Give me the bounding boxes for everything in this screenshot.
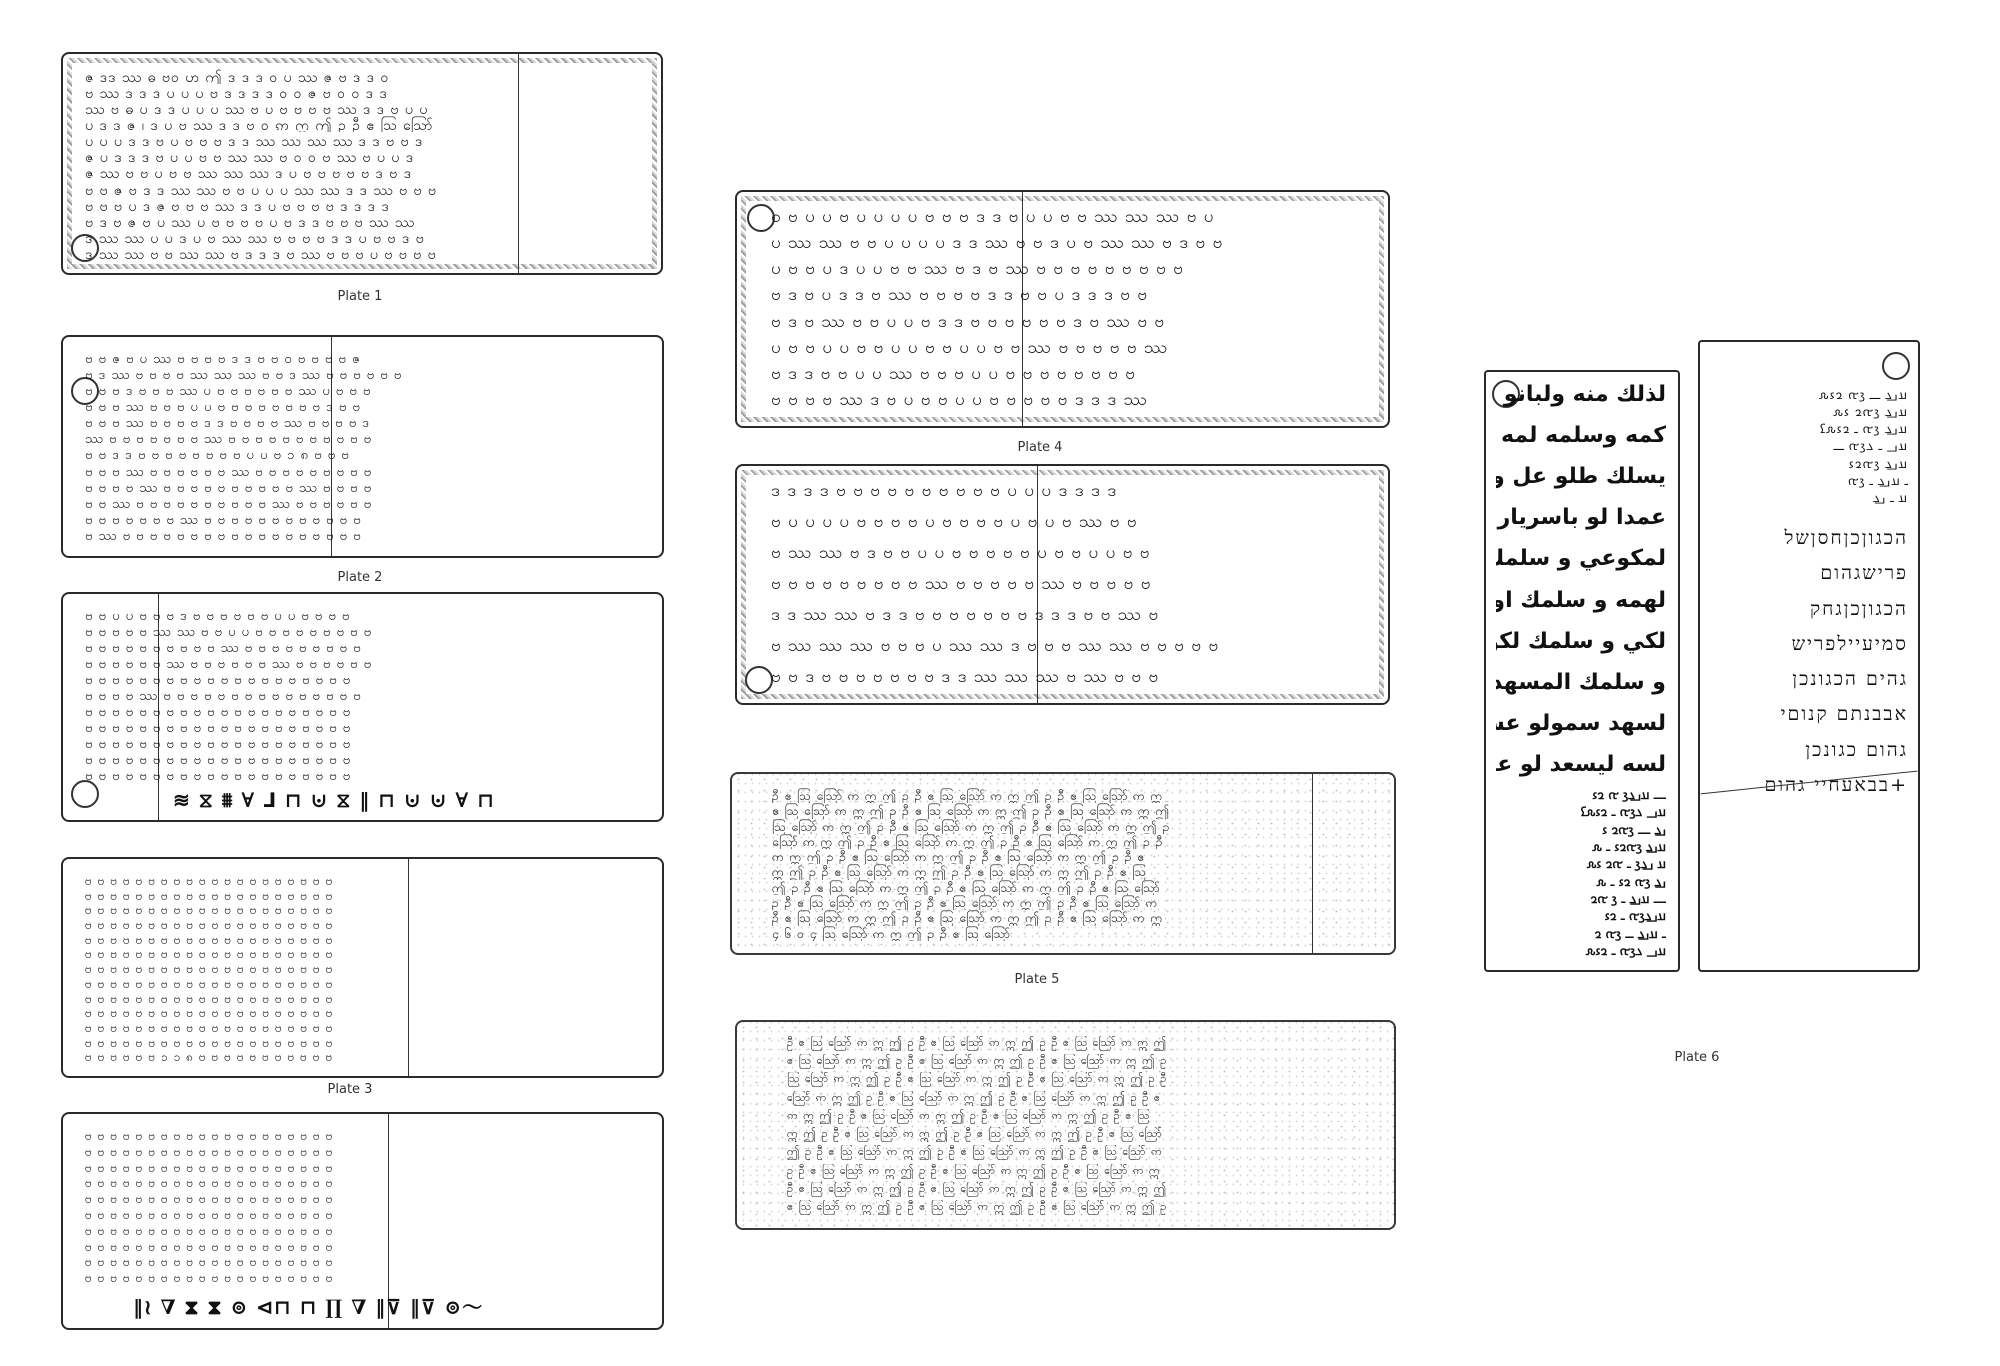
pahlavi-line: 𐭠𐭡 ـ 𐭢𐭣𐭤 ـــ <box>1708 438 1908 455</box>
inscription-line: ဣ ဤ ဥ ဦ ဧ ဩ ဪ ဢ ဣ ဤ ဥ ဦ ဧ ဩ ဪ ဢ ဣ ဤ ဥ ဦ … <box>772 864 1376 879</box>
plate-6-kufic-inscription: لذلك منه ولبانو كمه وسلمه لمه لو مينا يس… <box>1496 382 1666 777</box>
hebrew-line: אבבנתם קנוםי <box>1706 703 1908 726</box>
plate-4: ဝ ဗ ပ ပ ဗ ပ ပ ပ ပ ဗ ဗ ဗ ဒ ဒ ဗ ပ ပ ဗ ဗ ဿ … <box>735 190 1390 428</box>
inscription-line: ဗ ဿ ဒ ဒ ဒ ပ ပ ပ ဗ ဒ ဒ ဒ ဒ ဝ ဝ ဇ ဗ ဝ ဝ ဒ … <box>85 84 643 100</box>
plate-3-reverse-seal-symbols: ‖≀ ∇ ⧗ ⧗ ⊚ ⊲⊓ ⊓ ∏ ∇ ‖⊽ ‖⊽ ⊚～ <box>133 1291 483 1320</box>
kufic-line: عمدا لو باسريار وسلمه <box>1496 505 1666 530</box>
inscription-line: ဗ ဗ ဗ ဗ ဗ ဗ ဗ ဗ ဗ ဗ ဗ ဗ ဗ ဗ ဗ ဗ ဗ ဗ ဗ ဗ <box>85 768 644 784</box>
inscription-line: ဿ ဗ ဓ ပ ဒ ဒ ပ ပ ပ ဿ ဗ ပ ဗ ဗ ဗ ဗ ဿ ဒ ဒ ဗ … <box>85 100 643 116</box>
inscription-line: ဒ ဒ ဒ ဒ ဗ ဗ ဗ ဗ ဗ ဗ ဗ ဗ ဗ ဗ ပ ပ ပ ဒ ဒ ဒ … <box>771 480 1370 505</box>
plate-2-inscription: ဗ ဗ ဇ ဗ ပ ဿ ဗ ဗ ဗ ဗ ဒ ဒ ဗ ဗ ဝ ဗ ဗ ဗ ဗ ဇ … <box>85 351 644 544</box>
inscription-line: ဗ ဗ ဇ ဗ ဒ ဒ ဿ ဿ ဗ ဗ ပ ပ ပ ဿ ဿ ဒ ဒ ဿ ဗ ဗ … <box>85 181 643 197</box>
inscription-line: ဗ ဗ ဒ ဗ ဗ ဗ ဗ ဗ ဗ ဗ ဒ ဒ ဿ ဿ ဿ ဗ ဿ ဗ ဗ ဗ <box>771 666 1370 691</box>
inscription-line: ဥ ဦ ဧ ဩ ဪ ဢ ဣ ဤ ဥ ဦ ဧ ဩ ဪ ဢ ဣ ဤ ဥ ဦ ဧ ဩ … <box>772 895 1376 910</box>
inscription-line: ဩ ဪ ဢ ဣ ဤ ဥ ဦ ဧ ဩ ဪ ဢ ဣ ဤ ဥ ဦ ဧ ဩ ဪ ဢ ဣ … <box>772 819 1376 834</box>
inscription-line: ဗ ဗ ဗ ဗ ဗ ဗ ဗ ဗ ဗ ဗ ဗ ဗ ဗ ဗ ဗ ဗ ဗ ဗ ဗ ဗ <box>85 873 644 888</box>
inscription-line: ဗ ဿ ဿ ဿ ဗ ဗ ဗ ပ ဿ ဿ ဒ ဗ ဗ ဗ ဿ ဿ ဗ ဗ ဗ ဗ … <box>771 635 1370 660</box>
kufic-line: لكي و سلمك لكو لوهـ <box>1496 629 1666 654</box>
inscription-line: ဗ ဗ ဗ ဗ ဗ ဗ ဗ ဗ ဗ ဿ ဗ ဗ ဗ ဗ ဗ ဿ ဗ ဗ ဗ ဗ … <box>771 573 1370 598</box>
inscription-line: ဇ ဿ ဗ ဗ ပ ဗ ဗ ဿ ဿ ဿ ဒ ပ ဗ ဗ ဗ ဗ ဗ ဒ ဗ ဒ <box>85 164 643 180</box>
inscription-line: ဒ ဒ ဿ ဿ ဗ ဒ ဒ ဗ ဗ ဗ ဗ ဗ ဗ ဗ ဒ ဒ ဒ ဗ ဗ ဿ … <box>771 604 1370 629</box>
plate-2-reverse-inscription: ဗ ဗ ပ ပ ဗ ဗ ဗ ဒ ဗ ဗ ဗ ဗ ဗ ဗ ပ ပ ဗ ဗ ဗ ဗ … <box>85 608 644 784</box>
inscription-line: ဗ ဗ ဗ ဗ ဗ ဗ ဗ ဗ ဗ ဗ ဗ ဗ ဗ ဗ ဗ ဗ ဗ ဗ ဗ ဗ <box>85 946 644 961</box>
inscription-line: ဗ ဗ ဗ ဗ ဗ ဗ ဗ ဗ ဗ ဗ ဗ ဗ ဗ ဗ ဗ ဗ ဗ ဗ ဗ ဗ <box>85 917 644 932</box>
inscription-line: ဗ ဒ ဿ ဗ ဗ ဗ ဗ ဿ ဿ ဿ ဗ ဗ ဒ ဿ ဗ ဗ ဗ ဗ ဗ ဗ <box>85 367 644 383</box>
inscription-line: ဤ ဥ ဦ ဧ ဩ ဪ ဢ ဣ ဤ ဥ ဦ ဧ ဩ ဪ ဢ ဣ ဤ ဥ ဦ ဧ … <box>787 1145 1376 1161</box>
plate-2: ဗ ဗ ဇ ဗ ပ ဿ ဗ ဗ ဗ ဗ ဒ ဒ ဗ ဗ ဝ ဗ ဗ ဗ ဗ ဇ … <box>61 335 664 558</box>
kufic-line: كمه وسلمه لمه لو مينا <box>1496 423 1666 448</box>
inscription-line: ဗ ဿ ဗ ဗ ဗ ဗ ဗ ဗ ဗ ဗ ဗ ဗ ဗ ဗ ဗ ဗ ဗ ဗ ဗ ဗ <box>85 528 644 544</box>
pahlavi-line: 𐭠𐭡𐭢 𐭣𐭤 ـ 𐭥𐭦𐭧𐭨 <box>1708 421 1908 438</box>
plate-5-inscription: ဦ ဧ ဩ ဪ ဢ ဣ ဤ ဥ ဦ ဧ ဩ ဪ ဢ ဣ ဤ ဥ ဦ ဧ ဩ ဪ … <box>772 788 1376 941</box>
inscription-line: ဢ ဣ ဤ ဥ ဦ ဧ ဩ ဪ ဢ ဣ ဤ ဥ ဦ ဧ ဩ ဪ ဢ ဣ ဤ ဥ … <box>787 1109 1376 1125</box>
inscription-line: ဗ ဗ ဗ ဗ ဗ ဗ ဗ ဿ ဗ ဗ ဗ ဗ ဗ ဗ ဗ ဗ ဗ ဗ ဗ ဗ <box>85 512 644 528</box>
inscription-line: ဗ ဒ ဒ ဗ ဗ ပ ပ ဿ ဗ ဗ ဗ ပ ပ ဗ ဗ ဗ ဗ ဗ ဗ ဗ … <box>771 363 1370 388</box>
inscription-line: ပ ဿ ဿ ဗ ဗ ပ ပ ပ ပ ဒ ဒ ဿ ဗ ဗ ဒ ပ ဗ ဿ ဿ ဗ … <box>771 232 1370 257</box>
plate-2-reverse: ဗ ဗ ပ ပ ဗ ဗ ဗ ဒ ဗ ဗ ဗ ဗ ဗ ဗ ပ ပ ဗ ဗ ဗ ဗ … <box>61 592 664 822</box>
plate-1-inscription: ဇ ဒဒ ဿ ဓ ဗဝ ဟ ဤ ဒ ဒ ဒ ဝ ပ ဿ ဇ ဗ ဒ ဒ ဝ ဗ … <box>85 68 643 261</box>
inscription-line: ဒ ဿ ဿ ပ ပ ဒ ပ ဗ ဿ ဿ ဗ ဗ ဗ ဗ ဒ ဒ ပ ဗ ဗ ဒ … <box>85 229 643 245</box>
inscription-line: ဗ ဗ ဿ ဗ ဗ ဗ ဗ ဗ ဗ ဗ ဗ ဗ ဗ ဿ ဗ ဗ ဗ ဗ ဗ ဗ <box>85 496 644 512</box>
inscription-line: ဗ ဗ ဗ ဗ ဗ ဗ ဗ ဗ ဗ ဗ ဗ ဗ ဗ ဗ ဗ ဗ ဗ ဗ ဗ ဗ <box>85 736 644 752</box>
pahlavi-line: 𐭠𐭡 𐭢𐭣𐭤 ـ 𐭥𐭦𐭧𐭨 <box>1496 804 1666 821</box>
inscription-line: ဇ ပ ဒ ဒ ဒ ဗ ပ ပ ဗ ဗ ဿ ဿ ဗ ဝ ဝ ဗ ဿ ဗ ပ ပ … <box>85 148 643 164</box>
plate-3-reverse-inscription: ဗ ဗ ဗ ဗ ဗ ဗ ဗ ဗ ဗ ဗ ဗ ဗ ဗ ဗ ဗ ဗ ဗ ဗ ဗ ဗ … <box>85 1128 644 1286</box>
inscription-line: ဗ ဗ ဗ ဗ ဿ ဒ ဗ ပ ဗ ဗ ပ ပ ဗ ဗ ဗ ဗ ဗ ဒ ဒ ဒ … <box>771 389 1370 414</box>
inscription-line: ဗ ဗ ဗ ဗ ဗ ဗ ဗ ဗ ဗ ဗ ဗ ဗ ဗ ဗ ဗ ဗ ဗ ဗ ဗ ဗ <box>85 1191 644 1207</box>
inscription-line: ဧ ဩ ဪ ဢ ဣ ဤ ဥ ဦ ဧ ဩ ဪ ဢ ဣ ဤ ဥ ဦ ဧ ဩ ဪ ဢ … <box>787 1054 1376 1070</box>
inscription-line: ဗ ဗ ဗ ဗ ဗ ဗ ဗ ဗ ဗ ဗ ဗ ဗ ဗ ဗ ဗ ဗ ဗ ဗ ဗ ဗ <box>85 704 644 720</box>
kufic-line: لهمه و سلمك او لها <box>1496 588 1666 613</box>
plate-6-right-fragment: 𐭠𐭡𐭢 ـــ 𐭣𐭤 𐭥𐭦𐭧 𐭠𐭡𐭢 𐭣𐭤𐭥 𐭦𐭧 𐭠𐭡𐭢 𐭣𐭤 ـ 𐭥𐭦𐭧𐭨 … <box>1698 340 1920 972</box>
inscription-line: ဗ ဗ ဗ ပ ဒ ဇ ဗ ဗ ဗ ဿ ဒ ဒ ပ ဗ ဗ ဗ ဗ ဒ ဒ ဒ … <box>85 197 643 213</box>
inscription-line: ဦ ဧ ဩ ဪ ဢ ဣ ဤ ဥ ဦ ဧ ဩ ဪ ဢ ဣ ဤ ဥ ဦ ဧ ဩ ဪ … <box>772 788 1376 803</box>
hebrew-line: גהים הכגונכן <box>1706 668 1908 691</box>
hebrew-line: גהום כגונכן <box>1706 739 1908 762</box>
pahlavi-line: ـ 𐭠𐭡𐭢 ــ 𐭣𐭤 𐭥 <box>1496 926 1666 943</box>
inscription-line: ဗ ဗ ဗ ဗ ဗ ဗ ဿ ဗ ဗ ဗ ဗ ဗ ဗ ဿ ဗ ဗ ဗ ဗ ဗ ဗ <box>85 656 644 672</box>
plate-6-pahlavi-section: ـــ 𐭠𐭡𐭢𐭣 𐭤 𐭥𐭦 𐭠𐭡 𐭢𐭣𐭤 ـ 𐭥𐭦𐭧𐭨 𐭡𐭢 ـــ 𐭣𐭤𐭥 𐭦… <box>1496 787 1666 960</box>
plate-5: ဦ ဧ ဩ ဪ ဢ ဣ ဤ ဥ ဦ ဧ ဩ ဪ ဢ ဣ ဤ ဥ ဦ ဧ ဩ ဪ … <box>730 772 1396 955</box>
hebrew-line: הכגוןכןחסןשל <box>1706 527 1908 550</box>
pahlavi-line: ـــ 𐭠𐭡𐭢 ـ 𐭣 𐭤𐭥 <box>1496 891 1666 908</box>
plate-2-reverse-seal-symbols: ≋ ⧖ ⩩ ∀ ⅃ ⊓ ⊍ ⧖ ‖ ⊓ ⊍ ⊍ ∀ ⊓ <box>173 788 495 812</box>
plate-4-inscription: ဝ ဗ ပ ပ ဗ ပ ပ ပ ပ ဗ ဗ ဗ ဒ ဒ ဗ ပ ပ ဗ ဗ ဿ … <box>771 206 1370 414</box>
inscription-line: ဗ ဒ ဗ ဇ ဗ ပ ဿ ပ ဗ ဗ ဗ ဗ ပ ဗ ဒ ဒ ဗ ဗ ဗ ဿ … <box>85 213 643 229</box>
kufic-line: لذلك منه ولبانو <box>1496 382 1666 407</box>
inscription-line: ဗ ဗ ဗ ဿ ဗ ဗ ဗ ဗ ဒ ဒ ဗ ဗ ဗ ဗ ဿ ဗ ဗ ဗ ဗ ဒ <box>85 415 644 431</box>
inscription-line: ပ ဒ ဒ ဇ ၊ ဒ ပ ဗ ဿ ဒ ဒ ဗ ဝ ဢ ဣ ဤ ဥ ဦ ဧ ဩ … <box>85 116 643 132</box>
plate-6-hebrew-inscription: הכגוןכןחסןשל פרישגהום הכגוןכןגחק סמיעייל… <box>1706 527 1908 797</box>
inscription-line: ဗ ဗ ဗ ဗ ဗ ဗ ဗ ဗ ဗ ဗ ဗ ဗ ဗ ဗ ဗ ဗ ဗ ဗ ဗ ဗ <box>85 1128 644 1144</box>
pahlavi-line: 𐭠𐭡𐭢 ـــ 𐭣𐭤 𐭥𐭦𐭧 <box>1708 387 1908 404</box>
inscription-line: ဗ ဗ ဒ ဒ ဗ ဗ ဗ ဗ ဗ ဗ ဗ ဗ ပ ပ ဗ ၁ ၈ ဗ ဗ ဗ <box>85 447 644 463</box>
pahlavi-line: 𐭠 ـ 𐭡𐭢 <box>1708 490 1908 507</box>
inscription-line: ဗ ဗ ဗ ဒ ဗ ဗ ဗ ဿ ပ ဗ ဗ ဗ ဗ ဗ ဗ ဿ ပ ဗ ဗ ဗ <box>85 383 644 399</box>
kufic-line: لسه ليسعد لو عسد <box>1496 752 1666 777</box>
inscription-line: ဤ ဥ ဦ ဧ ဩ ဪ ဢ ဣ ဤ ဥ ဦ ဧ ဩ ဪ ဢ ဣ ဤ ဥ ဦ ဧ … <box>772 880 1376 895</box>
plate-4-caption: Plate 4 <box>1018 440 1063 455</box>
inscription-line: ဗ ဗ ဗ ဗ ဿ ဗ ဗ ဗ ဗ ဗ ဗ ဗ ဗ ဗ ဗ ဿ ဗ ဗ ဗ ဗ <box>85 480 644 496</box>
inscription-line: ဗ ဗ ဗ ဗ ဗ ဗ ဗ ဗ ဗ ဗ ဗ ဗ ဗ ဗ ဗ ဗ ဗ ဗ ဗ ဗ <box>85 961 644 976</box>
plate-3: ဗ ဗ ဗ ဗ ဗ ဗ ဗ ဗ ဗ ဗ ဗ ဗ ဗ ဗ ဗ ဗ ဗ ဗ ဗ ဗ … <box>61 857 664 1078</box>
plate-6-left-fragment: لذلك منه ولبانو كمه وسلمه لمه لو مينا يس… <box>1484 370 1680 972</box>
plate-6-right-ring-hole <box>1882 352 1910 380</box>
inscription-line: ဗ ဗ ဗ ဗ ဗ ဗ ဗ ဗ ဗ ဗ ဗ ဗ ဗ ဗ ဗ ဗ ဗ ဗ ဗ ဗ <box>85 720 644 736</box>
plate-4-reverse-ring-hole <box>745 666 773 694</box>
inscription-line: ဢ ဣ ဤ ဥ ဦ ဧ ဩ ဪ ဢ ဣ ဤ ဥ ဦ ဧ ဩ ဪ ဢ ဣ ဤ ဥ … <box>772 849 1376 864</box>
pahlavi-line: ـ 𐭠𐭡𐭢 ـ 𐭣𐭤 <box>1708 473 1908 490</box>
plate-5-caption: Plate 5 <box>1015 972 1060 987</box>
inscription-line: ဒ ဿ ဿ ဗ ဗ ဿ ဿ ဗ ဒ ဒ ဒ ဗ ဿ ဗ ဗ ဗ ပ ဗ ဗ ဗ … <box>85 245 643 261</box>
plate-1-caption: Plate 1 <box>338 289 383 304</box>
inscription-line: ပ ပ ပ ဒ ဒ ဗ ပ ဗ ဗ ဗ ဒ ဒ ဿ ဿ ဿ ဿ ဒ ဒ ဗ ဗ … <box>85 132 643 148</box>
plate-5-reverse-inscription: ဦ ဧ ဩ ဪ ဢ ဣ ဤ ဥ ဦ ဧ ဩ ဪ ဢ ဣ ဤ ဥ ဦ ဧ ဩ ဪ … <box>787 1036 1376 1216</box>
pahlavi-line: 𐭠𐭡𐭢 𐭣𐭤𐭥𐭦 ـ 𐭧 <box>1496 839 1666 856</box>
inscription-line: ဪ ဢ ဣ ဤ ဥ ဦ ဧ ဩ ဪ ဢ ဣ ဤ ဥ ဦ ဧ ဩ ဪ ဢ ဣ ဤ … <box>787 1091 1376 1107</box>
kufic-line: و سلمك المسهد لو هد <box>1496 670 1666 695</box>
inscription-line: ဦ ဧ ဩ ဪ ဢ ဣ ဤ ဥ ဦ ဧ ဩ ဪ ဢ ဣ ဤ ဥ ဦ ဧ ဩ ဪ … <box>787 1036 1376 1052</box>
inscription-line: ဗ ဒ ဗ ဿ ဗ ဗ ပ ပ ဗ ဒ ဒ ဗ ဗ ဗ ဗ ဗ ဗ ဒ ဗ ဿ … <box>771 311 1370 336</box>
kufic-line: لسهد سمولو عسو لو <box>1496 711 1666 736</box>
inscription-line: ဗ ဗ ဗ ဗ ဗ ဗ ဗ ဗ ဗ ဗ ဗ ဗ ဗ ဗ ဗ ဗ ဗ ဗ ဗ ဗ <box>85 1144 644 1160</box>
inscription-line: ဗ ဗ ဗ ဗ ဗ ဗ ဗ ဗ ဗ ဗ ဗ ဗ ဗ ဗ ဗ ဗ ဗ ဗ ဗ ဗ <box>85 1254 644 1270</box>
inscription-line: ဗ ဗ ဗ ဗ ဗ ဗ ၁ ၁ ၈ ဗ ဗ ဗ ဗ ဗ ဗ ဗ ဗ ဗ ဗ ဗ <box>85 1049 644 1064</box>
inscription-line: ဦ ဧ ဩ ဪ ဢ ဣ ဤ ဥ ဦ ဧ ဩ ဪ ဢ ဣ ဤ ဥ ဦ ဧ ဩ ဪ … <box>787 1182 1376 1198</box>
inscription-line: ဗ ဗ ဗ ဗ ဗ ဗ ဗ ဗ ဗ ဗ ဗ ဗ ဗ ဗ ဗ ဗ ဗ ဗ ဗ ဗ <box>85 752 644 768</box>
inscription-line: ပ ဗ ဗ ပ ပ ဗ ဗ ပ ပ ဗ ဗ ပ ပ ဗ ဗ ဿ ဗ ဗ ဗ ဗ … <box>771 337 1370 362</box>
inscription-line: ဗ ဗ ဗ ဗ ဗ ဗ ဗ ဗ ဗ ဗ ဗ ဗ ဗ ဗ ဗ ဗ ဗ ဗ ဗ ဗ <box>85 1160 644 1176</box>
hebrew-line: הכגוןכןגחק <box>1706 598 1908 621</box>
kufic-line: يسلك طلو عل و سلمه <box>1496 464 1666 489</box>
inscription-line: ဗ ဗ ဗ ဗ ဗ ဗ ဗ ဗ ဗ ဗ ဗ ဗ ဗ ဗ ဗ ဗ ဗ ဗ ဗ ဗ <box>85 976 644 991</box>
plate-1: ဇ ဒဒ ဿ ဓ ဗဝ ဟ ဤ ဒ ဒ ဒ ဝ ပ ဿ ဇ ဗ ဒ ဒ ဝ ဗ … <box>61 52 663 275</box>
inscription-line: ဦ ဧ ဩ ဪ ဢ ဣ ဤ ဥ ဦ ဧ ဩ ဪ ဢ ဣ ဤ ဥ ဦ ဧ ဩ ဪ … <box>772 910 1376 925</box>
hebrew-line: +בבאעחיי גהום <box>1706 774 1908 797</box>
inscription-line: ဗ ဗ ဗ ဗ ဗ ဗ ဗ ဗ ဗ ဗ ဿ ဗ ဗ ဗ ဗ ဗ ဗ ဗ ဗ ဗ <box>85 640 644 656</box>
inscription-line: ဗ ဗ ဗ ဗ ဗ ဗ ဗ ဗ ဗ ဗ ဗ ဗ ဗ ဗ ဗ ဗ ဗ ဗ ဗ ဗ <box>85 1175 644 1191</box>
plate-2-caption: Plate 2 <box>338 570 383 585</box>
inscription-line: ဗ ဗ ဗ ဗ ဗ ဿ ဿ ဗ ဗ ပ ပ ဗ ဗ ဗ ဗ ဗ ဗ ဗ ဗ ဗ <box>85 624 644 640</box>
inscription-line: ဿ ဗ ဗ ဗ ဗ ဗ ဗ ဗ ဿ ဗ ဗ ဗ ဗ ဗ ဗ ဗ ဗ ဗ ဗ ဗ <box>85 431 644 447</box>
inscription-line: ဝ ဗ ပ ပ ဗ ပ ပ ပ ပ ဗ ဗ ဗ ဒ ဒ ဗ ပ ပ ဗ ဗ ဿ … <box>771 206 1370 231</box>
inscription-line: ဗ ဗ ဗ ဗ ဗ ဗ ဗ ဗ ဗ ဗ ဗ ဗ ဗ ဗ ဗ ဗ ဗ ဗ ဗ ဗ <box>85 1207 644 1223</box>
pahlavi-line: 𐭠𐭡𐭢 𐭣𐭤𐭥𐭦 <box>1708 456 1908 473</box>
inscription-line: ဗ ဗ ပ ပ ဗ ဗ ဗ ဒ ဗ ဗ ဗ ဗ ဗ ဗ ပ ပ ဗ ဗ ဗ ဗ <box>85 608 644 624</box>
hebrew-line: פרישגהום <box>1706 562 1908 585</box>
inscription-line: ဗ ဗ ဗ ဗ ဗ ဗ ဗ ဗ ဗ ဗ ဗ ဗ ဗ ဗ ဗ ဗ ဗ ဗ ဗ ဗ <box>85 902 644 917</box>
inscription-line: ဗ ဗ ဗ ဗ ဗ ဗ ဗ ဗ ဗ ဗ ဗ ဗ ဗ ဗ ဗ ဗ ဗ ဗ ဗ ဗ <box>85 672 644 688</box>
plate-6-right-small-script: 𐭠𐭡𐭢 ـــ 𐭣𐭤 𐭥𐭦𐭧 𐭠𐭡𐭢 𐭣𐭤𐭥 𐭦𐭧 𐭠𐭡𐭢 𐭣𐭤 ـ 𐭥𐭦𐭧𐭨 … <box>1708 387 1908 507</box>
plate-3-caption: Plate 3 <box>328 1082 373 1097</box>
pahlavi-line: 𐭡𐭢 𐭣𐭤 𐭥𐭦 ـ 𐭧 <box>1496 874 1666 891</box>
inscription-line: ဗ ဗ ဗ ဗ ဗ ဗ ဗ ဗ ဗ ဗ ဗ ဗ ဗ ဗ ဗ ဗ ဗ ဗ ဗ ဗ <box>85 1239 644 1255</box>
inscription-line: ဗ ဗ ဗ ဿ ဗ ဗ ဗ ဗ ဗ ဗ ဿ ဗ ဗ ဗ ဗ ဗ ဗ ဗ ဗ ဗ <box>85 464 644 480</box>
inscription-line: ဗ ဗ ဗ ဗ ဗ ဗ ဗ ဗ ဗ ဗ ဗ ဗ ဗ ဗ ဗ ဗ ဗ ဗ ဗ ဗ <box>85 1005 644 1020</box>
inscription-line: ဗ ဒ ဗ ပ ဒ ဒ ဗ ဿ ဗ ဗ ဗ ဗ ဒ ဒ ဗ ဗ ပ ဒ ဒ ဒ … <box>771 284 1370 309</box>
inscription-line: ဗ ဗ ဗ ဗ ဗ ဗ ဗ ဗ ဗ ဗ ဗ ဗ ဗ ဗ ဗ ဗ ဗ ဗ ဗ ဗ <box>85 991 644 1006</box>
plate-3-reverse: ဗ ဗ ဗ ဗ ဗ ဗ ဗ ဗ ဗ ဗ ဗ ဗ ဗ ဗ ဗ ဗ ဗ ဗ ဗ ဗ … <box>61 1112 664 1330</box>
plate-5-reverse: ဦ ဧ ဩ ဪ ဢ ဣ ဤ ဥ ဦ ဧ ဩ ဪ ဢ ဣ ဤ ဥ ဦ ဧ ဩ ဪ … <box>735 1020 1396 1230</box>
inscription-line: ဗ ဗ ဗ ဗ ဗ ဗ ဗ ဗ ဗ ဗ ဗ ဗ ဗ ဗ ဗ ဗ ဗ ဗ ဗ ဗ <box>85 1020 644 1035</box>
inscription-line: ဗ ဗ ဗ ဗ ဗ ဗ ဗ ဗ ဗ ဗ ဗ ဗ ဗ ဗ ဗ ဗ ဗ ဗ ဗ ဗ <box>85 1270 644 1286</box>
plate-6-caption: Plate 6 <box>1675 1050 1720 1065</box>
inscription-line: ဇ ဒဒ ဿ ဓ ဗဝ ဟ ဤ ဒ ဒ ဒ ဝ ပ ဿ ဇ ဗ ဒ ဒ ဝ <box>85 68 643 84</box>
inscription-line: ဧ ဩ ဪ ဢ ဣ ဤ ဥ ဦ ဧ ဩ ဪ ဢ ဣ ဤ ဥ ဦ ဧ ဩ ဪ ဢ … <box>787 1200 1376 1216</box>
pahlavi-line: 𐭡𐭢 ـــ 𐭣𐭤𐭥 𐭦 <box>1496 822 1666 839</box>
inscription-line: ဩ ဪ ဢ ဣ ဤ ဥ ဦ ဧ ဩ ဪ ဢ ဣ ဤ ဥ ဦ ဧ ဩ ဪ ဢ ဣ … <box>787 1072 1376 1088</box>
inscription-line: ဗ ဗ ဗ ဗ ဗ ဗ ဗ ဗ ဗ ဗ ဗ ဗ ဗ ဗ ဗ ဗ ဗ ဗ ဗ ဗ <box>85 888 644 903</box>
pahlavi-line: 𐭠𐭡𐭢 𐭣𐭤𐭥 𐭦𐭧 <box>1708 404 1908 421</box>
plate-3-inscription: ဗ ဗ ဗ ဗ ဗ ဗ ဗ ဗ ဗ ဗ ဗ ဗ ဗ ဗ ဗ ဗ ဗ ဗ ဗ ဗ … <box>85 873 644 1064</box>
inscription-line: ဗ ဗ ဗ ဗ ဿ ဗ ဗ ဗ ဗ ဗ ဗ ဗ ဗ ဗ ဗ ဗ ဗ ဗ ဗ ဗ <box>85 688 644 704</box>
pahlavi-line: 𐭠𐭡 𐭢𐭣𐭤 ـ 𐭥𐭦𐭧 <box>1496 943 1666 960</box>
inscription-line: ပ ဗ ဗ ပ ဒ ပ ပ ဗ ဗ ဿ ဗ ဒ ဗ ဿ ဗ ဗ ဗ ဗ ဗ ဗ … <box>771 258 1370 283</box>
inscription-line: ၄ ၆ ၀ ၄ ဩ ဪ ဢ ဣ ဤ ဥ ဦ ဧ ဩ ဪ <box>772 926 1376 941</box>
inscription-line: ဧ ဩ ဪ ဢ ဣ ဤ ဥ ဦ ဧ ဩ ဪ ဢ ဣ ဤ ဥ ဦ ဧ ဩ ဪ ဢ … <box>772 803 1376 818</box>
inscription-line: ဗ ဗ ဇ ဗ ပ ဿ ဗ ဗ ဗ ဗ ဒ ဒ ဗ ဗ ဝ ဗ ဗ ဗ ဗ ဇ <box>85 351 644 367</box>
inscription-line: ဗ ဗ ဗ ဿ ဗ ဗ ဗ ပ ပ ဗ ဗ ဗ ဗ ဗ ဗ ဗ ဗ ဒ ဗ ဗ <box>85 399 644 415</box>
inscription-line: ဣ ဤ ဥ ဦ ဧ ဩ ဪ ဢ ဣ ဤ ဥ ဦ ဧ ဩ ဪ ဢ ဣ ဤ ဥ ဦ … <box>787 1127 1376 1143</box>
inscription-line: ဗ ပ ပ ပ ပ ဗ ဗ ဗ ဗ ပ ဗ ဗ ဗ ဗ ပ ဗ ပ ဗ ဿ ဗ … <box>771 511 1370 536</box>
inscription-line: ဗ ဗ ဗ ဗ ဗ ဗ ဗ ဗ ဗ ဗ ဗ ဗ ဗ ဗ ဗ ဗ ဗ ဗ ဗ ဗ <box>85 932 644 947</box>
inscription-line: ဥ ဦ ဧ ဩ ဪ ဢ ဣ ဤ ဥ ဦ ဧ ဩ ဪ ဢ ဣ ဤ ဥ ဦ ဧ ဩ … <box>787 1164 1376 1180</box>
inscription-line: ဪ ဢ ဣ ဤ ဥ ဦ ဧ ဩ ဪ ဢ ဣ ဤ ဥ ဦ ဧ ဩ ဪ ဢ ဣ ဤ … <box>772 834 1376 849</box>
plate-2-reverse-ring-hole <box>71 780 99 808</box>
inscription-line: ဗ ဿ ဿ ဗ ဒ ဗ ဗ ပ ပ ဗ ဗ ဗ ဗ ဗ ပ ဗ ဗ ပ ပ ဗ … <box>771 542 1370 567</box>
kufic-line: لمكوعي و سلمك عحو <box>1496 546 1666 571</box>
inscription-line: ဗ ဗ ဗ ဗ ဗ ဗ ဗ ဗ ဗ ဗ ဗ ဗ ဗ ဗ ဗ ဗ ဗ ဗ ဗ ဗ <box>85 1035 644 1050</box>
inscription-line: ဗ ဗ ဗ ဗ ဗ ဗ ဗ ဗ ဗ ဗ ဗ ဗ ဗ ဗ ဗ ဗ ဗ ဗ ဗ ဗ <box>85 1223 644 1239</box>
plate-4-reverse-inscription: ဒ ဒ ဒ ဒ ဗ ဗ ဗ ဗ ဗ ဗ ဗ ဗ ဗ ဗ ပ ပ ပ ဒ ဒ ဒ … <box>771 480 1370 691</box>
pahlavi-line: 𐭠𐭡𐭢𐭣𐭤 ـ 𐭥𐭦 <box>1496 908 1666 925</box>
pahlavi-line: 𐭠 𐭡𐭢𐭣 ـ 𐭤𐭥 𐭦𐭧 <box>1496 856 1666 873</box>
hebrew-line: סמיעיילפריש <box>1706 633 1908 656</box>
pahlavi-line: ـــ 𐭠𐭡𐭢𐭣 𐭤 𐭥𐭦 <box>1496 787 1666 804</box>
plate-4-reverse: ဒ ဒ ဒ ဒ ဗ ဗ ဗ ဗ ဗ ဗ ဗ ဗ ဗ ဗ ပ ပ ပ ဒ ဒ ဒ … <box>735 464 1390 705</box>
